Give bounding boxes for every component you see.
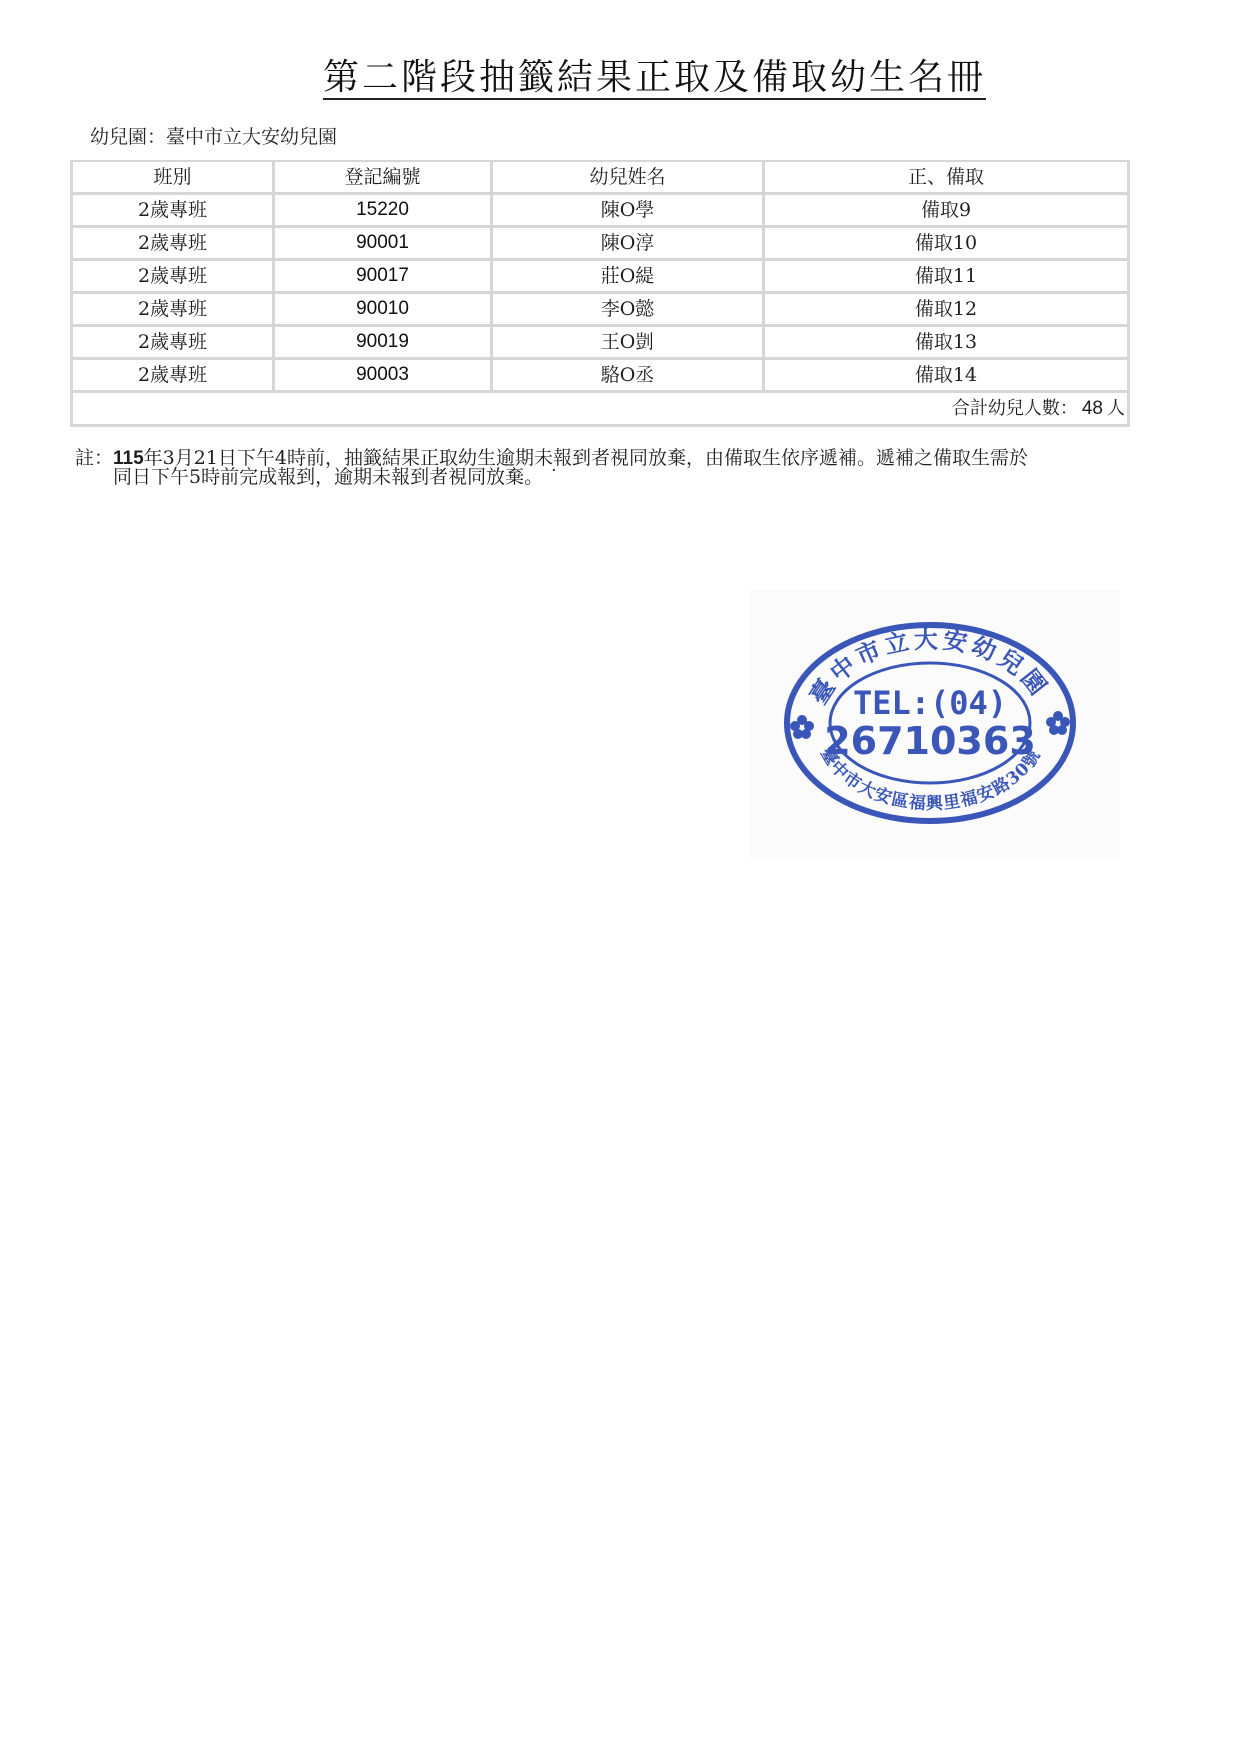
kindergarten-line: 幼兒園：臺中市立大安幼兒園 xyxy=(90,124,337,150)
table-row: 2歲專班 90019 王O剴 備取13 xyxy=(72,326,1129,359)
footnote: 註：115年3月21日下午4時前，抽籤結果正取幼生逾期未報到者視同放棄，由備取生… xyxy=(75,449,1135,487)
cell-class: 2歲專班 xyxy=(72,227,274,260)
cell-admission-status: 備取11 xyxy=(764,260,1129,293)
total-row: 合計幼兒人數：48人 xyxy=(72,392,1129,426)
cell-child-name: 莊O緹 xyxy=(492,260,764,293)
cell-child-name: 陳O淳 xyxy=(492,227,764,260)
header-child-name: 幼兒姓名 xyxy=(492,161,764,194)
total-label: 合計幼兒人數： xyxy=(952,398,1078,419)
cell-registration-number: 90017 xyxy=(274,260,492,293)
kindergarten-label: 幼兒園： xyxy=(90,126,166,148)
admission-roster-table: 班別 登記編號 幼兒姓名 正、備取 2歲專班 15220 陳O學 備取9 2歲專… xyxy=(70,160,1130,427)
table-row: 2歲專班 90017 莊O緹 備取11 xyxy=(72,260,1129,293)
cell-registration-number: 90010 xyxy=(274,293,492,326)
cell-class: 2歲專班 xyxy=(72,260,274,293)
table-row: 2歲專班 15220 陳O學 備取9 xyxy=(72,194,1129,227)
cell-registration-number: 90003 xyxy=(274,359,492,392)
table-header-row: 班別 登記編號 幼兒姓名 正、備取 xyxy=(72,161,1129,194)
cell-child-name: 李O懿 xyxy=(492,293,764,326)
cell-admission-status: 備取10 xyxy=(764,227,1129,260)
cell-class: 2歲專班 xyxy=(72,326,274,359)
cell-child-name: 陳O學 xyxy=(492,194,764,227)
plum-blossom-icon-left xyxy=(790,715,814,739)
kindergarten-name: 臺中市立大安幼兒園 xyxy=(166,126,337,148)
cell-admission-status: 備取13 xyxy=(764,326,1129,359)
total-cell: 合計幼兒人數：48人 xyxy=(72,392,1129,426)
plum-blossom-icon-right xyxy=(1046,711,1070,735)
document-title: 第二階段抽籤結果正取及備取幼生名冊 xyxy=(0,56,1241,100)
header-class: 班別 xyxy=(72,161,274,194)
cell-admission-status: 備取12 xyxy=(764,293,1129,326)
cell-class: 2歲專班 xyxy=(72,293,274,326)
document-title-text: 第二階段抽籤結果正取及備取幼生名冊 xyxy=(323,57,986,100)
total-unit: 人 xyxy=(1107,398,1125,419)
cell-registration-number: 90019 xyxy=(274,326,492,359)
cell-child-name: 王O剴 xyxy=(492,326,764,359)
total-count: 48 xyxy=(1082,398,1103,419)
footnote-line2: 同日下午5時前完成報到，逾期未報到者視同放棄。 ˙ xyxy=(75,468,1135,487)
official-stamp: 臺中市立大安幼兒園 臺中市大安區福興里福安路30號 TEL:(04) 26710… xyxy=(760,590,1100,850)
header-registration-number: 登記編號 xyxy=(274,161,492,194)
header-admission-status: 正、備取 xyxy=(764,161,1129,194)
table-row: 2歲專班 90010 李O懿 備取12 xyxy=(72,293,1129,326)
cell-registration-number: 90001 xyxy=(274,227,492,260)
table-row: 2歲專班 90003 駱O丞 備取14 xyxy=(72,359,1129,392)
cell-admission-status: 備取14 xyxy=(764,359,1129,392)
stamp-tel-label: TEL:(04) xyxy=(853,684,1007,722)
cell-class: 2歲專班 xyxy=(72,194,274,227)
cell-admission-status: 備取9 xyxy=(764,194,1129,227)
cell-class: 2歲專班 xyxy=(72,359,274,392)
table-row: 2歲專班 90001 陳O淳 備取10 xyxy=(72,227,1129,260)
footnote-prefix: 註： xyxy=(75,447,113,469)
cell-child-name: 駱O丞 xyxy=(492,359,764,392)
stamp-graphic: 臺中市立大安幼兒園 臺中市大安區福興里福安路30號 TEL:(04) 26710… xyxy=(780,618,1080,828)
stamp-tel-number: 26710363 xyxy=(824,719,1036,763)
cell-registration-number: 15220 xyxy=(274,194,492,227)
